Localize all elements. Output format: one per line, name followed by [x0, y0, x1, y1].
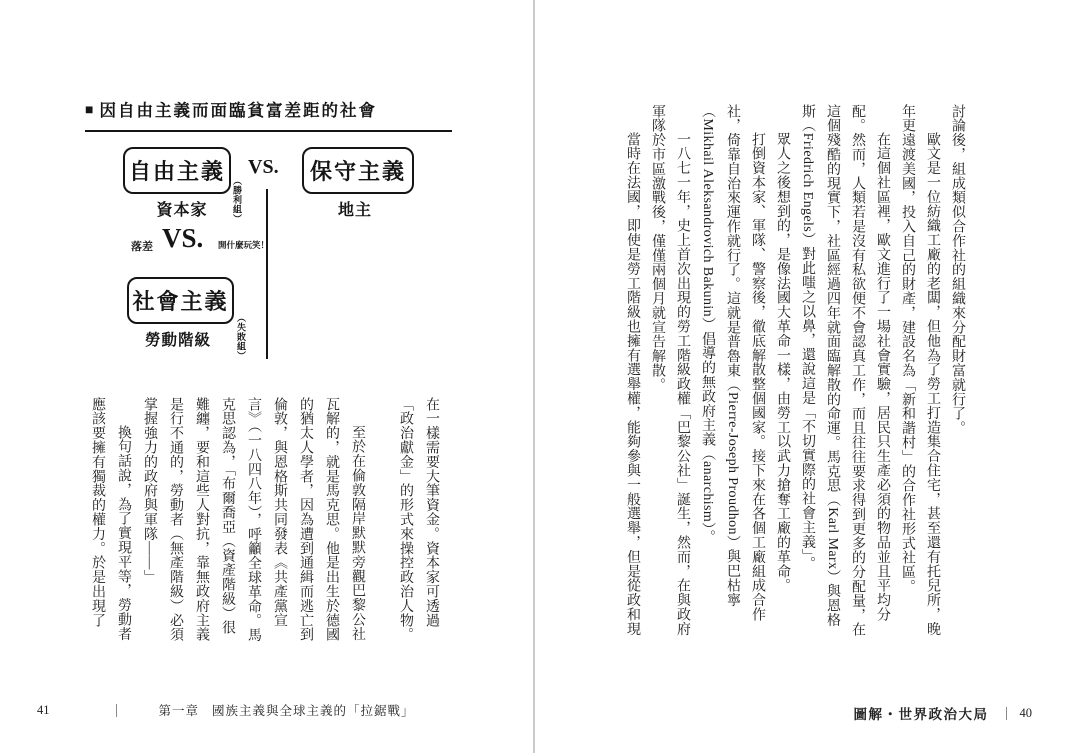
conservatism-box: 保守主義: [302, 147, 414, 194]
paragraph: 換句話說，為了實現平等，勞動者應該要擁有獨裁的權力。於是出現了: [84, 397, 136, 643]
footer-divider: [1006, 707, 1007, 720]
diagram-title-text: 因自由主義而面臨貧富差距的社會: [99, 97, 377, 121]
paragraph: 一八七一年，史上首次出現的勞工階級政權「巴黎公社」誕生，然而，在與政府軍隊於市區…: [645, 104, 695, 640]
paragraph: 歐文是一位紡織工廠的老闆，但他為了勞工打造集合住宅，甚至還有托兒所，晚年更遠渡美…: [895, 104, 945, 640]
kidding-label: 開什麼玩笑！: [218, 239, 269, 251]
landlord-label: 地主: [315, 197, 395, 220]
gap-label: 落差: [131, 238, 153, 254]
vs-top-label: VS.: [248, 156, 279, 179]
chapter-title: 國族主義與全球主義的「拉鋸戰」: [212, 701, 415, 719]
footer-left: 41 第一章 國族主義與全球主義的「拉鋸戰」: [37, 701, 415, 719]
paragraph: 在一樣需要大筆資金。資本家可透過「政治獻金」的形式來操控政治人物。: [392, 397, 444, 643]
liberalism-box: 自由主義: [123, 147, 231, 194]
square-bullet-icon: ■: [85, 101, 95, 117]
diagram-title: ■ 因自由主義而面臨貧富差距的社會: [85, 97, 452, 132]
socialism-box: 社會主義: [127, 277, 234, 324]
footer-divider: [116, 704, 117, 717]
capitalist-label: 資本家: [142, 197, 222, 220]
page-gutter-line: [533, 0, 535, 753]
paragraph: 在這個社區裡，歐文進行了一場社會實驗，居民只生產必須的物品並且平均分配。然而，人…: [795, 104, 895, 640]
paragraph: 至於在倫敦隔岸默默旁觀巴黎公社瓦解的，就是馬克思。他是出生於德國的猶太人學者，因…: [136, 397, 370, 643]
paragraph: 打倒資本家、軍隊、警察後，徹底解散整個國家。接下來在各個工廠組成合作社，倚靠自治…: [695, 104, 770, 640]
paragraph: 眾人之後想到的，是像法國大革命一樣，由勞工以武力搶奪工廠的革命。: [770, 104, 795, 640]
right-page-text: 討論後，組成類似合作社的組織來分配財富就行了。歐文是一位紡織工廠的老闆，但他為了…: [620, 104, 970, 640]
left-page-text: 在一樣需要大筆資金。資本家可透過「政治獻金」的形式來操控政治人物。至於在倫敦隔岸…: [84, 397, 444, 643]
chapter-label: 第一章: [159, 701, 200, 719]
paragraph: 討論後，組成類似合作社的組織來分配財富就行了。: [945, 104, 970, 640]
page-number: 40: [1020, 706, 1033, 721]
page-number: 41: [37, 703, 50, 718]
book-title: 圖解・世界政治大局: [854, 703, 989, 723]
diagram: ■ 因自由主義而面臨貧富差距的社會 自由主義 VS. 保守主義 資本家 （勝利組…: [85, 97, 452, 369]
paragraph: 當時在法國，即使是勞工階級也擁有選舉權，能夠參與一般選舉，但是從政和現: [620, 104, 645, 640]
worker-label: 勞動階級: [138, 328, 218, 350]
versus-divider-line: [266, 189, 268, 359]
winner-tag: （勝利組）: [231, 176, 244, 226]
loser-tag: （失敗組）: [235, 313, 248, 363]
vs-mid-label: VS.: [162, 223, 203, 254]
footer-right: 圖解・世界政治大局 40: [854, 703, 1033, 723]
book-spread: ■ 因自由主義而面臨貧富差距的社會 自由主義 VS. 保守主義 資本家 （勝利組…: [0, 0, 1069, 753]
